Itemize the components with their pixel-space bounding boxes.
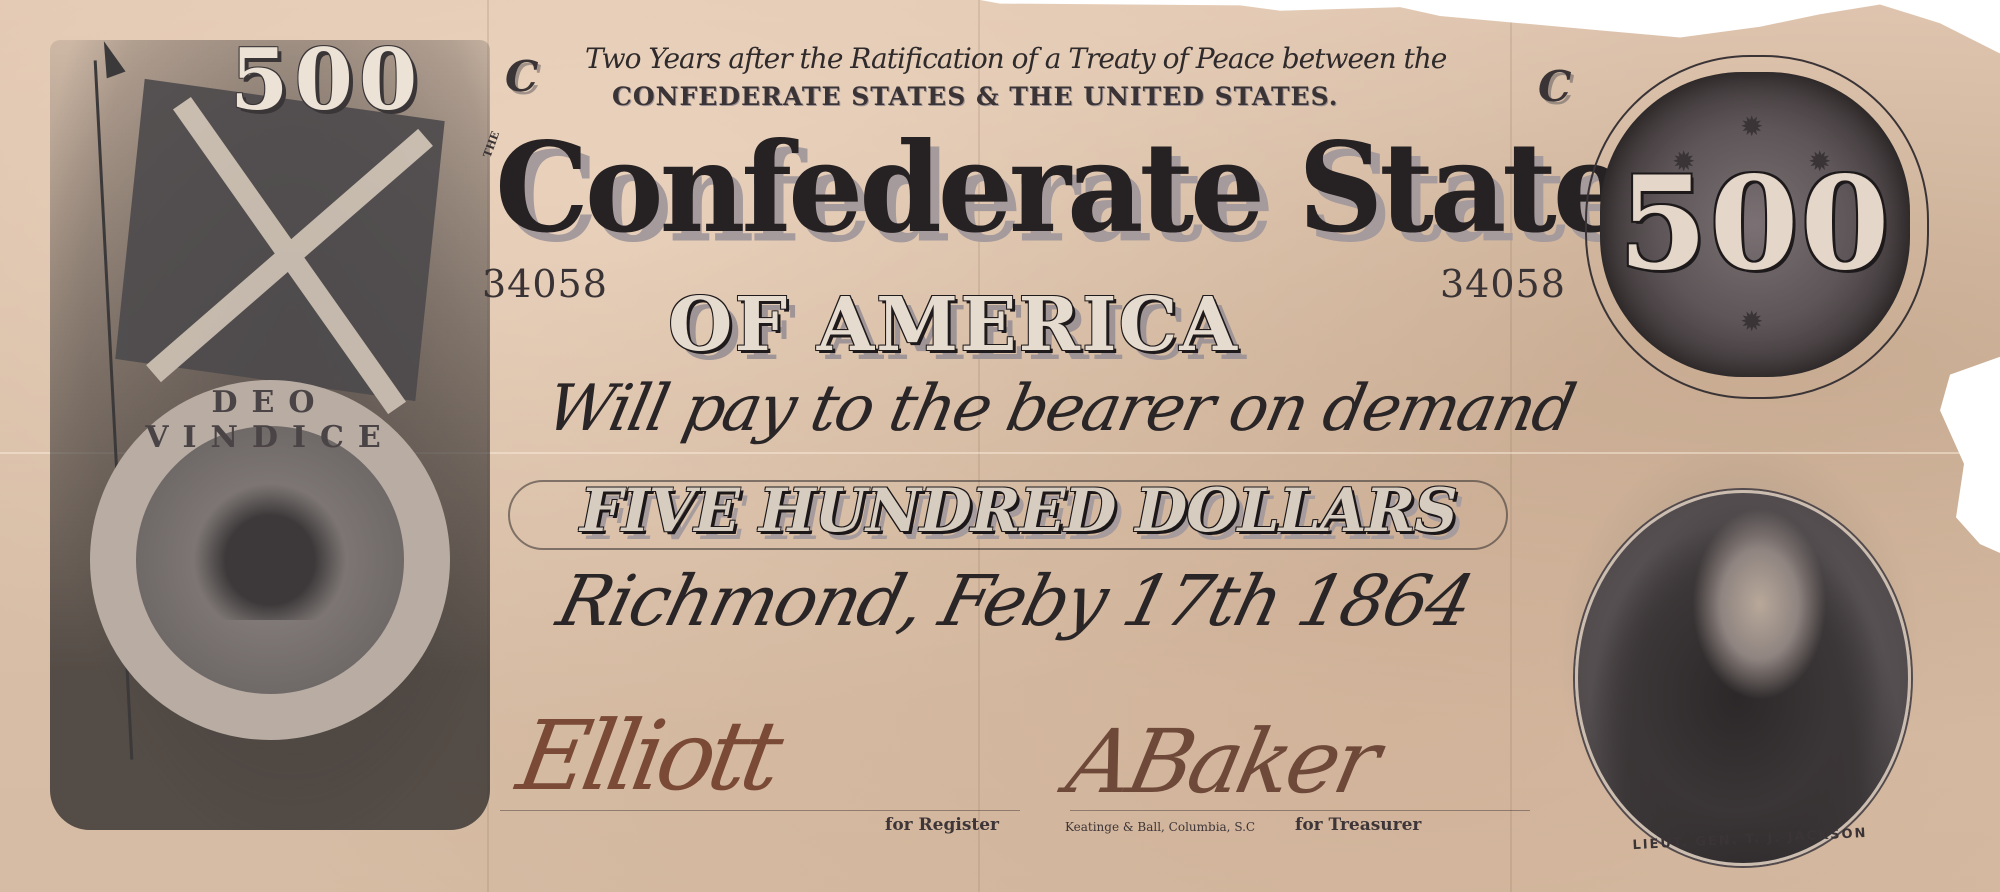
equestrian-statue-icon (180, 470, 360, 620)
serial-number-left: 34058 (482, 262, 608, 306)
signature-treasurer: ABaker (1059, 710, 1385, 813)
denomination-corner: 500 (230, 30, 423, 129)
signature-line-treasurer (1070, 810, 1530, 811)
amount-text: FIVE HUNDRED DOLLARS (580, 476, 1480, 546)
title: Confederate States (495, 115, 1555, 261)
signature-register: Elliott (510, 700, 785, 812)
subtitle: OF AMERICA (668, 282, 1428, 368)
signature-line-register (500, 810, 1020, 811)
star-ornament-icon: ✹ (1740, 305, 1763, 338)
medallion-value: 500 (1600, 160, 1910, 288)
label-treasurer: for Treasurer (1295, 815, 1421, 835)
serial-number-value: 34058 (482, 262, 608, 306)
seal-motto: DEO VINDICE (90, 385, 450, 455)
banknote: DEO VINDICE 500 C C Two Years after the … (0, 0, 2000, 892)
label-register: for Register (885, 815, 999, 835)
header-caps-text: CONFEDERATE STATES & THE UNITED STATES. (612, 82, 1612, 111)
place-date: Richmond, Feby 17th 1864 (550, 560, 1480, 642)
header-italic-text: Two Years after the Ratification of a Tr… (585, 42, 1585, 75)
portrait-stonewall-jackson (1575, 490, 1911, 866)
promise-text: Will pay to the bearer on demand (540, 372, 1580, 446)
corner-letter-left: C (505, 52, 538, 101)
serial-number-right: 34058 (1440, 262, 1566, 306)
printer-imprint: Keatinge & Ball, Columbia, S.C (1065, 820, 1255, 834)
star-ornament-icon: ✹ (1740, 110, 1763, 143)
